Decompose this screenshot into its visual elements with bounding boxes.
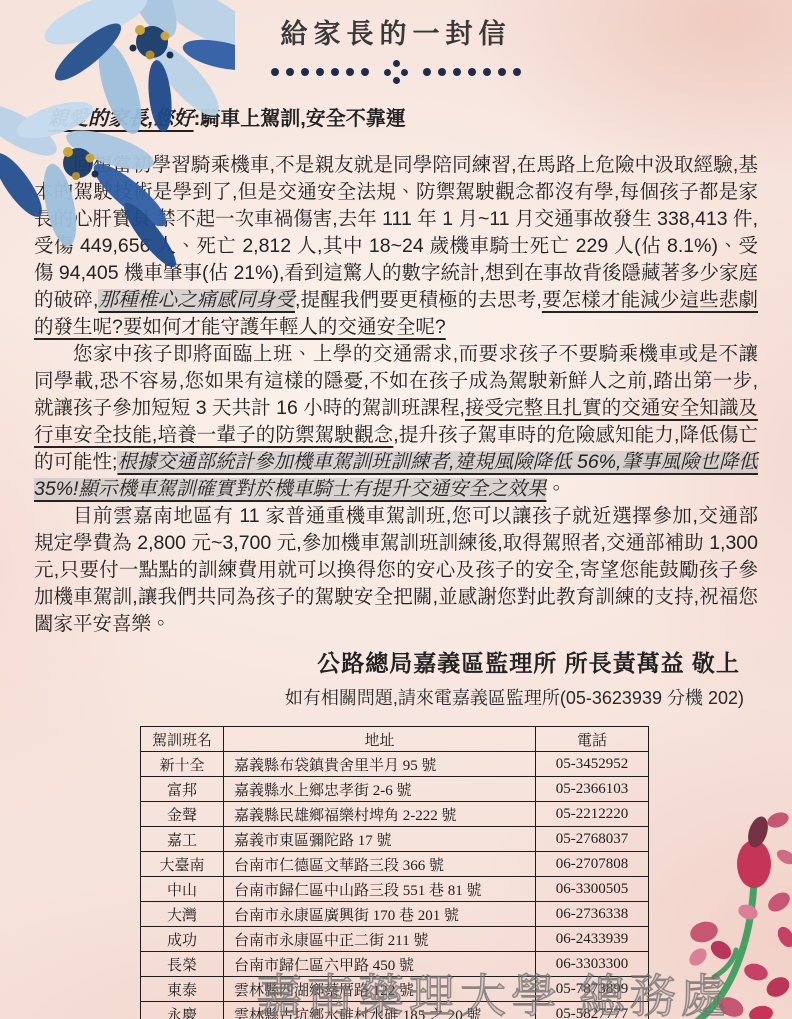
- table-row: 永慶雲林縣古坑鄉水碓村水碓 185 之 20 號05-5827777: [141, 1002, 649, 1019]
- table-cell-tel: 06-3303300: [536, 952, 649, 977]
- table-row: 中山台南市歸仁區中山路三段 551 巷 81 號06-3300505: [141, 877, 649, 902]
- dot-icon: [331, 68, 339, 76]
- table-cell-tel: 05-7873899: [536, 977, 649, 1002]
- table-cell-tel: 05-5827777: [536, 1002, 649, 1019]
- table-cell-name: 新十全: [141, 752, 224, 777]
- table-row: 大臺南台南市仁德區文華路三段 366 號06-2707808: [141, 852, 649, 877]
- table-cell-addr: 台南市歸仁區中山路三段 551 巷 81 號: [224, 877, 536, 902]
- table-cell-addr: 嘉義縣布袋鎮貴舍里半月 95 號: [224, 752, 536, 777]
- dot-icon: [453, 68, 461, 76]
- table-cell-tel: 06-2433939: [536, 927, 649, 952]
- table-row: 嘉工嘉義市東區彌陀路 17 號05-2768037: [141, 827, 649, 852]
- table-row: 成功台南市永康區中正二街 211 號06-2433939: [141, 927, 649, 952]
- letter-text-segment: 回想當初學習騎乘機車,不是親友就是同學陪同練習,在馬路上危險中汲取經驗,基本的駕…: [34, 154, 758, 311]
- dot-divider: [0, 60, 792, 84]
- letter-paragraph: 您家中孩子即將面臨上班、上學的交通需求,而要求孩子不要騎乘機車或是不讓同學載,恐…: [34, 341, 758, 503]
- table-header-cell: 駕訓班名: [141, 727, 224, 752]
- dot-icon: [301, 68, 309, 76]
- salutation-subject: 騎車上駕訓,安全不靠運: [200, 108, 406, 130]
- dot-icon: [401, 69, 408, 76]
- table-header: 駕訓班名地址電話: [141, 727, 649, 752]
- signature-line: 公路總局嘉義區監理所 所長黃萬益 敬上: [0, 645, 740, 678]
- dot-icon: [423, 68, 431, 76]
- table-cell-name: 成功: [141, 927, 224, 952]
- driving-school-table: 駕訓班名地址電話 新十全嘉義縣布袋鎮貴舍里半月 95 號05-3452952富邦…: [140, 726, 649, 1019]
- table-header-cell: 地址: [224, 727, 536, 752]
- table-cell-addr: 雲林縣四湖鄉蔡厝路 122 號: [224, 977, 536, 1002]
- dot-icon: [316, 68, 324, 76]
- letter-text-segment: ,提醒我們要更積極的去思考,: [295, 289, 542, 311]
- table-row: 大灣台南市永康區廣興街 170 巷 201 號06-2736338: [141, 902, 649, 927]
- table-cell-addr: 嘉義縣民雄鄉福樂村埤角 2-222 號: [224, 802, 536, 827]
- table-cell-tel: 05-2768037: [536, 827, 649, 852]
- dot-icon: [286, 68, 294, 76]
- dot-icon: [384, 69, 391, 76]
- table-cell-addr: 嘉義縣水上鄉忠孝街 2-6 號: [224, 777, 536, 802]
- table-cell-addr: 台南市永康區中正二街 211 號: [224, 927, 536, 952]
- page-title: 給家長的一封信: [0, 0, 792, 51]
- contact-line: 如有相關問題,請來電嘉義區監理所(05-3623939 分機 202): [0, 684, 744, 710]
- table-cell-addr: 台南市歸仁區六甲路 450 號: [224, 952, 536, 977]
- table-cell-name: 富邦: [141, 777, 224, 802]
- letter-page: 給家長的一封信 親愛的家長,您好:騎車上駕訓,安全不靠運 回想當初學習騎乘機車,…: [0, 0, 792, 1019]
- table-cell-name: 金聲: [141, 802, 224, 827]
- table-cell-addr: 嘉義市東區彌陀路 17 號: [224, 827, 536, 852]
- letter-text-segment: 根據交通部統計參加機車駕訓班訓練者,違規風險降低 56%,肇事風險也降低 35%…: [34, 451, 758, 500]
- table-cell-name: 大臺南: [141, 852, 224, 877]
- letter-paragraph: 回想當初學習騎乘機車,不是親友就是同學陪同練習,在馬路上危險中汲取經驗,基本的駕…: [34, 152, 758, 341]
- dot-icon: [498, 68, 506, 76]
- table-row: 東泰雲林縣四湖鄉蔡厝路 122 號05-7873899: [141, 977, 649, 1002]
- letter-text-segment: 。: [546, 478, 566, 500]
- letter-body: 回想當初學習騎乘機車,不是親友就是同學陪同練習,在馬路上危險中汲取經驗,基本的駕…: [34, 152, 758, 638]
- table-row: 富邦嘉義縣水上鄉忠孝街 2-6 號05-2366103: [141, 777, 649, 802]
- dot-icon: [271, 68, 279, 76]
- dot-icon: [468, 68, 476, 76]
- table-cell-name: 長榮: [141, 952, 224, 977]
- salutation-line: 親愛的家長,您好:騎車上駕訓,安全不靠運: [48, 106, 758, 133]
- table-cell-name: 大灣: [141, 902, 224, 927]
- dot-icon: [346, 68, 354, 76]
- dot-icon: [393, 60, 400, 67]
- table-cell-addr: 台南市仁德區文華路三段 366 號: [224, 852, 536, 877]
- table-cell-addr: 雲林縣古坑鄉水碓村水碓 185 之 20 號: [224, 1002, 536, 1019]
- table-cell-tel: 06-3300505: [536, 877, 649, 902]
- letter-text-segment: 目前雲嘉南地區有 11 家普通重機車駕訓班,您可以讓孩子就近選擇參加,交通部規定…: [34, 505, 758, 635]
- dot-icon: [361, 68, 369, 76]
- dot-icon: [483, 68, 491, 76]
- table-cell-name: 東泰: [141, 977, 224, 1002]
- table-row: 新十全嘉義縣布袋鎮貴舍里半月 95 號05-3452952: [141, 752, 649, 777]
- dot-icon: [513, 68, 521, 76]
- table-cell-tel: 05-2212220: [536, 802, 649, 827]
- table-cell-name: 中山: [141, 877, 224, 902]
- table-cell-tel: 06-2736338: [536, 902, 649, 927]
- table-cell-addr: 台南市永康區廣興街 170 巷 201 號: [224, 902, 536, 927]
- table-header-row: 駕訓班名地址電話: [141, 727, 649, 752]
- table-cell-tel: 06-2707808: [536, 852, 649, 877]
- table-cell-name: 嘉工: [141, 827, 224, 852]
- pink-flower-decoration-icon: [636, 812, 792, 1019]
- table-cell-name: 永慶: [141, 1002, 224, 1019]
- table-header-cell: 電話: [536, 727, 649, 752]
- letter-paragraph: 目前雲嘉南地區有 11 家普通重機車駕訓班,您可以讓孩子就近選擇參加,交通部規定…: [34, 503, 758, 638]
- table-row: 金聲嘉義縣民雄鄉福樂村埤角 2-222 號05-2212220: [141, 802, 649, 827]
- letter-text-segment: 那種椎心之痛感同身受: [98, 289, 295, 311]
- table-cell-tel: 05-2366103: [536, 777, 649, 802]
- diamond-dot-cluster-icon: [384, 60, 408, 84]
- table-row: 長榮台南市歸仁區六甲路 450 號06-3303300: [141, 952, 649, 977]
- dot-icon: [393, 77, 400, 84]
- table-body: 新十全嘉義縣布袋鎮貴舍里半月 95 號05-3452952富邦嘉義縣水上鄉忠孝街…: [141, 752, 649, 1019]
- dot-icon: [438, 68, 446, 76]
- table-cell-tel: 05-3452952: [536, 752, 649, 777]
- salutation-greeting: 親愛的家長,您好: [48, 108, 194, 130]
